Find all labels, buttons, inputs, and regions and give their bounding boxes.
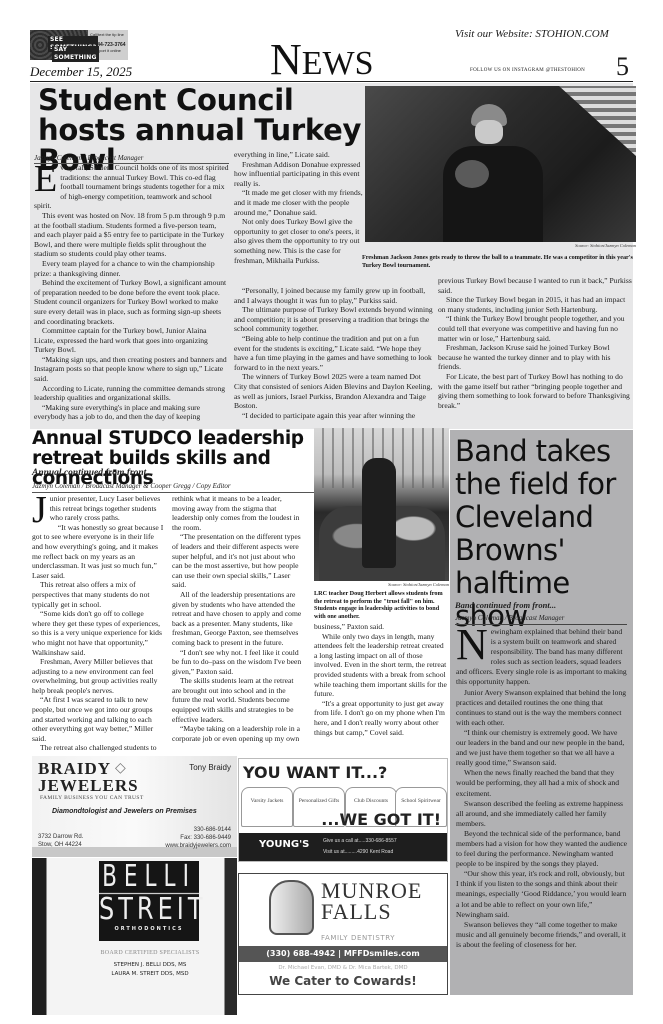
see-something-ad: SEE SOMETHING? SAY SOMETHING Call/text t… [30,30,128,60]
paragraph: “I don't see why not. I feel like it cou… [172,648,304,677]
paragraph: Every team played for a chance to win th… [34,259,229,278]
youngs-logo: YOUNG'S [259,839,309,850]
paragraph: “It's a great opportunity to just get aw… [314,699,448,737]
paragraph: “The presentation on the different types… [172,532,304,590]
instagram-follow[interactable]: Follow us on instagram @thestohion [470,68,585,73]
dropcap-j: J [32,495,47,525]
youngs-address: Visit us at.........4290 Kent Road [323,849,393,855]
braidy-address: 3732 Darrow Rd.Stow, OH 44224 [38,833,83,849]
retreat-column-3: business,” Paxton said. While only two d… [314,622,448,737]
section-title-cap: N [270,35,302,84]
paragraph: “It was honestly so great because I got … [32,523,164,581]
munroe-doctors: Dr. Michael Evan, DMD & Dr. Mica Bartek,… [239,965,447,971]
paragraph: Not only does Turkey Bowl give the oppor… [234,217,364,265]
teacher-figure [362,458,396,568]
paragraph: everything in line,” Licate said. [234,150,364,160]
braidy-owner: Tony Braidy [189,763,231,772]
paragraph: This retreat also offers a mix of perspe… [32,580,164,609]
belli-doctor-2: LAURA M. STREIT DDS, MSD [90,971,210,977]
tooth-icon [269,880,314,935]
paragraph: Freshman, Avery Miller believes that adj… [32,657,164,695]
photo-caption: LRC teacher Doug Herbert allows students… [314,590,448,620]
braidy-specialty: Diamondtologist and Jewelers on Premises [52,808,197,815]
paragraph: For Licate, the best part of Turkey Bowl… [438,372,633,410]
paragraph: Swanson described the feeling as extreme… [456,799,628,829]
braidy-contact: 330-686-9144Fax: 330-686-9449www.braidyj… [165,826,231,850]
band-column: Newingham explained that behind their ba… [456,627,628,950]
paragraph: “Making sure everything's in place and m… [34,403,229,422]
paragraph: The winners of Turkey Bowl 2025 were a t… [234,372,434,410]
paragraph: Committee captain for the Turkey bowl, J… [34,326,229,355]
youngs-footer: YOUNG'S Give us a call at.....330-686-85… [239,833,447,861]
ad-munroe-falls-dentistry: MUNROEFALLS FAMILY DENTISTRY (330) 688-4… [238,873,448,995]
paragraph: Junior Avery Swanson explained that behi… [456,688,628,728]
paragraph: Behind the excitement of Turkey Bowl, a … [34,278,229,326]
issue-date: December 15, 2025 [30,64,132,80]
paragraph: All of the leadership presentations are … [172,590,304,648]
paragraph: “I think our chemistry is extremely good… [456,728,628,768]
paragraph: business,” Paxton said. [314,622,448,632]
shirt-icon: Varsity Jackets [241,787,293,827]
photo-credit: Source: Stohion/Jazmyn Coleman [520,243,636,248]
munroe-name: MUNROEFALLS [321,880,422,922]
paragraph: This event was hosted on Nov. 18 from 5 … [34,211,229,259]
paragraph: “At first I was scared to talk to new pe… [32,695,164,743]
paragraph: “I think the Turkey Bowl brought people … [438,314,633,343]
paragraph: Swanson believes they “all come together… [456,920,628,950]
paragraph: Beyond the technical side of the perform… [456,829,628,869]
paragraph: When the news finally reached the band t… [456,768,628,798]
paragraph: The skills students learn at the retreat… [172,676,304,724]
paragraph: unior presenter, Lucy Laser believes thi… [50,494,160,522]
retreat-column-1: Junior presenter, Lucy Laser believes th… [32,494,164,753]
diamond-icon: ◇ [115,760,126,777]
paragraph: The ultimate purpose of Turkey Bowl exte… [234,305,434,334]
munroe-slogan: We Cater to Cowards! [239,974,447,988]
page-number: 5 [616,52,629,82]
paragraph: Freshman Addison Donahue expressed how i… [234,160,364,189]
paragraph: While only two days in length, many atte… [314,632,448,699]
section-title-rest: EWS [302,45,374,82]
photo-credit: Source: Stohion/Jazmyn Coleman [314,582,449,587]
turkey-bowl-column-4: previous Turkey Bowl because I wanted to… [438,276,633,410]
ad-line2: SAY SOMETHING [52,46,99,62]
paragraph: very fall, Student Council holds one of … [34,163,229,210]
belli-doctor-1: STEPHEN J. BELLI DDS, MS [90,962,210,968]
paragraph: “Maybe taking on a leadership role in a … [172,724,304,743]
dropcap-e: E [34,164,57,194]
youngs-phone: Give us a call at.....330-686-8557 [323,838,397,844]
header-divider [30,81,633,82]
paragraph: “Making sign ups, and then creating post… [34,355,229,384]
paragraph: “Being able to help continue the traditi… [234,334,434,372]
turkey-bowl-column-3: “Personally, I joined because my family … [234,286,434,420]
headline-leadership-retreat: Annual STUDCO leadership retreat builds … [32,429,322,489]
ad-braidy-jewelers: BRAIDYJEWELERS ◇ Tony Braidy FAMILY BUSI… [32,756,237,857]
paragraph: previous Turkey Bowl because I wanted to… [438,276,633,295]
section-title: NEWS [270,38,374,86]
paragraph: “Some kids don't go off to college where… [32,609,164,657]
paragraph: The retreat also challenged students to [32,743,164,753]
ad-youngs: YOU WANT IT...? Varsity Jackets Personal… [238,758,448,862]
photo-caption: Freshman Jackson Jones gets ready to thr… [362,254,634,269]
retreat-column-2: rethink what it means to be a leader, mo… [172,494,304,743]
paragraph: “I decided to participate again this yea… [234,411,434,421]
photo-trust-fall [314,428,449,581]
ad-belli-streit-orthodontics: BELLI STREIT ORTHODONTICS BOARD CERTIFIE… [32,858,237,1015]
paragraph: Freshman, Jackson Kruse said he joined T… [438,343,633,372]
player-figure [443,104,543,242]
braidy-tagline: FAMILY BUSINESS YOU CAN TRUST [40,795,144,801]
belli-streit-logo: BELLI STREIT ORTHODONTICS [99,861,199,941]
turkey-bowl-column-1: Every fall, Student Council holds one of… [34,163,229,422]
paragraph: “Our show this year, it's rock and roll,… [456,869,628,919]
youngs-tagline: ...WE GOT IT! [321,810,441,829]
belli-cert: BOARD CERTIFIED SPECIALISTS [90,950,210,956]
football [455,160,489,188]
kicker-continued: Band continued from front... [455,600,556,610]
dropcap-n: N [456,628,488,662]
ad-graphic: SEE SOMETHING? SAY SOMETHING [30,30,88,60]
website-link[interactable]: Visit our Website: STOHION.COM [455,28,609,40]
turkey-bowl-column-2: everything in line,” Licate said. Freshm… [234,150,364,265]
byline-leadership-retreat: Jazmyn Coleman / Broadcast Manager & Coo… [32,482,317,493]
paragraph: Since the Turkey Bowl began in 2015, it … [438,295,633,314]
paragraph: “It made me get closer with my friends, … [234,188,364,217]
munroe-contact: (330) 688-4942 | MFFDsmiles.com [239,946,447,962]
paragraph: “Personally, I joined because my family … [234,286,434,305]
munroe-sub: FAMILY DENTISTRY [321,934,395,942]
photo-turkey-bowl-player [365,86,636,242]
youngs-headline: YOU WANT IT...? [243,763,387,782]
paragraph: rethink what it means to be a leader, mo… [172,494,304,532]
kicker-continued: Annual continued from front... [32,468,153,478]
paragraph: According to Licate, running the committ… [34,384,229,403]
